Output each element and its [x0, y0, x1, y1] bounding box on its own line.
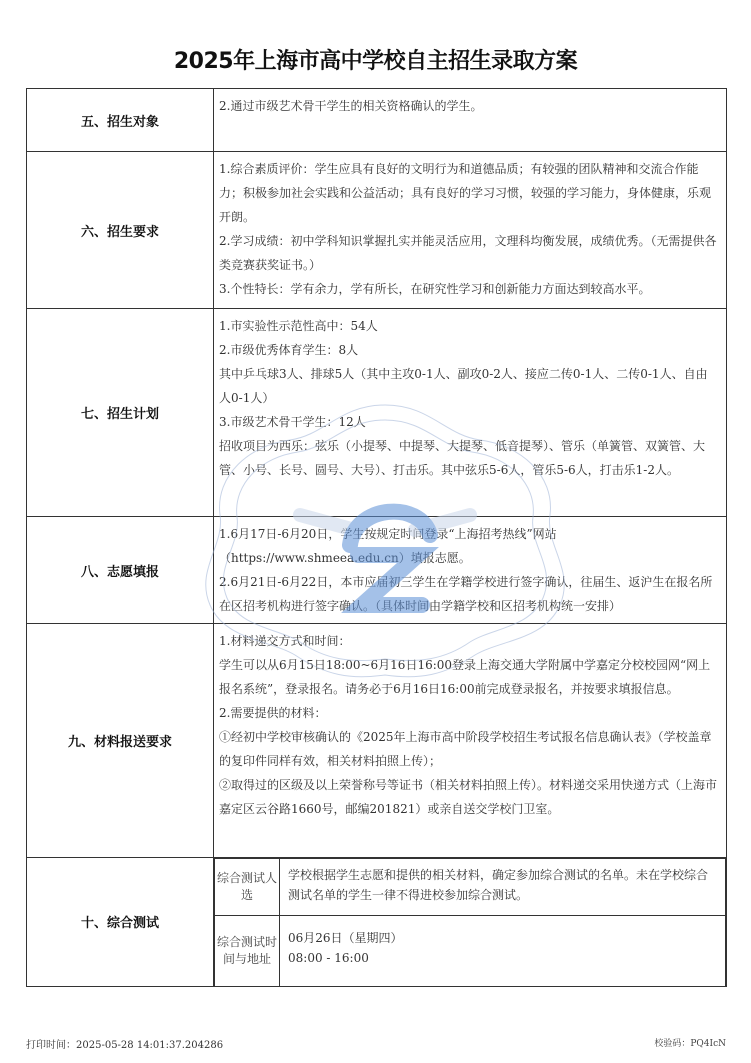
section-content: 1.材料递交方式和时间： 学生可以从6月15日18:00~6月16日16:00登… — [214, 624, 727, 858]
content-line: 招收项目为西乐：弦乐（小提琴、中提琴、大提琴、低音提琴）、管乐（单簧管、双簧管、… — [219, 434, 718, 482]
content-line: 3.市级艺术骨干学生：12人 — [219, 410, 718, 434]
content-line: 2.市级优秀体育学生：8人 — [219, 338, 718, 362]
section-row-targets: 五、招生对象 2.通过市级艺术骨干学生的相关资格确认的学生。 — [27, 89, 727, 152]
content-line: 3.个性特长：学有余力，学有所长，在研究性学习和创新能力方面达到较高水平。 — [219, 277, 718, 301]
content-line: 1.综合素质评价：学生应具有良好的文明行为和道德品质；有较强的团队精神和交流合作… — [219, 157, 718, 229]
content-line: 2.通过市级艺术骨干学生的相关资格确认的学生。 — [219, 94, 718, 118]
section-row-requirements: 六、招生要求 1.综合素质评价：学生应具有良好的文明行为和道德品质；有较强的团队… — [27, 152, 727, 309]
test-date: 06月26日（星期四） — [288, 928, 717, 948]
content-line: 学生可以从6月15日18:00~6月16日16:00登录上海交通大学附属中学嘉定… — [219, 653, 718, 701]
section-row-comprehensive-test: 十、综合测试 综合测试人选 学校根据学生志愿和提供的相关材料，确定参加综合测试的… — [27, 858, 727, 987]
content-line: 2.6月21日-6月22日，本市应届初三学生在学籍学校进行签字确认，往届生、返沪… — [219, 570, 718, 618]
verification-code: 校验码：PQ4IcN — [654, 1036, 726, 1049]
content-line: 1.市实验性示范性高中：54人 — [219, 314, 718, 338]
comprehensive-test-subtable: 综合测试人选 学校根据学生志愿和提供的相关材料，确定参加综合测试的名单。未在学校… — [214, 858, 726, 986]
section-label: 六、招生要求 — [27, 152, 214, 309]
content-line: ②取得过的区级及以上荣誉称号等证书（相关材料拍照上传）。材料递交采用快递方式（上… — [219, 773, 718, 821]
print-time: 打印时间：2025-05-28 14:01:37.204286 — [26, 1036, 223, 1051]
subtable-wrapper: 综合测试人选 学校根据学生志愿和提供的相关材料，确定参加综合测试的名单。未在学校… — [214, 858, 727, 987]
content-line: 1.材料递交方式和时间： — [219, 629, 718, 653]
section-label: 七、招生计划 — [27, 309, 214, 517]
subrow-label: 综合测试人选 — [215, 859, 280, 916]
subrow-label: 综合测试时间与地址 — [215, 916, 280, 986]
content-line: 2.学习成绩：初中学科知识掌握扎实并能灵活应用，文理科均衡发展，成绩优秀。（无需… — [219, 229, 718, 277]
section-content: 1.综合素质评价：学生应具有良好的文明行为和道德品质；有较强的团队精神和交流合作… — [214, 152, 727, 309]
subrow-content: 06月26日（星期四） 08:00 - 16:00 — [280, 916, 726, 986]
section-row-materials: 九、材料报送要求 1.材料递交方式和时间： 学生可以从6月15日18:00~6月… — [27, 624, 727, 858]
section-label: 十、综合测试 — [27, 858, 214, 987]
section-row-plan: 七、招生计划 1.市实验性示范性高中：54人 2.市级优秀体育学生：8人 其中乒… — [27, 309, 727, 517]
section-content: 1.6月17日-6月20日，学生按规定时间登录“上海招考热线”网站（https:… — [214, 517, 727, 624]
admission-table: 五、招生对象 2.通过市级艺术骨干学生的相关资格确认的学生。 六、招生要求 1.… — [26, 88, 727, 987]
content-line: 2.需要提供的材料： — [219, 701, 718, 725]
content-line: 1.6月17日-6月20日，学生按规定时间登录“上海招考热线”网站（https:… — [219, 522, 718, 570]
subrow-time-location: 综合测试时间与地址 06月26日（星期四） 08:00 - 16:00 — [215, 916, 726, 986]
section-label: 五、招生对象 — [27, 89, 214, 152]
page-title: 2025年上海市高中学校自主招生录取方案 — [0, 44, 751, 75]
content-line: ①经初中学校审核确认的《2025年上海市高中阶段学校招生考试报名信息确认表》（学… — [219, 725, 718, 773]
section-content: 2.通过市级艺术骨干学生的相关资格确认的学生。 — [214, 89, 727, 152]
content-line: 学校根据学生志愿和提供的相关材料，确定参加综合测试的名单。未在学校综合测试名单的… — [288, 865, 717, 905]
section-row-application: 八、志愿填报 1.6月17日-6月20日，学生按规定时间登录“上海招考热线”网站… — [27, 517, 727, 624]
test-time: 08:00 - 16:00 — [288, 948, 717, 968]
subrow-candidates: 综合测试人选 学校根据学生志愿和提供的相关材料，确定参加综合测试的名单。未在学校… — [215, 859, 726, 916]
section-label: 九、材料报送要求 — [27, 624, 214, 858]
content-line: 其中乒乓球3人、排球5人（其中主攻0-1人、副攻0-2人、接应二传0-1人、二传… — [219, 362, 718, 410]
section-content: 1.市实验性示范性高中：54人 2.市级优秀体育学生：8人 其中乒乓球3人、排球… — [214, 309, 727, 517]
subrow-content: 学校根据学生志愿和提供的相关材料，确定参加综合测试的名单。未在学校综合测试名单的… — [280, 859, 726, 916]
section-label: 八、志愿填报 — [27, 517, 214, 624]
